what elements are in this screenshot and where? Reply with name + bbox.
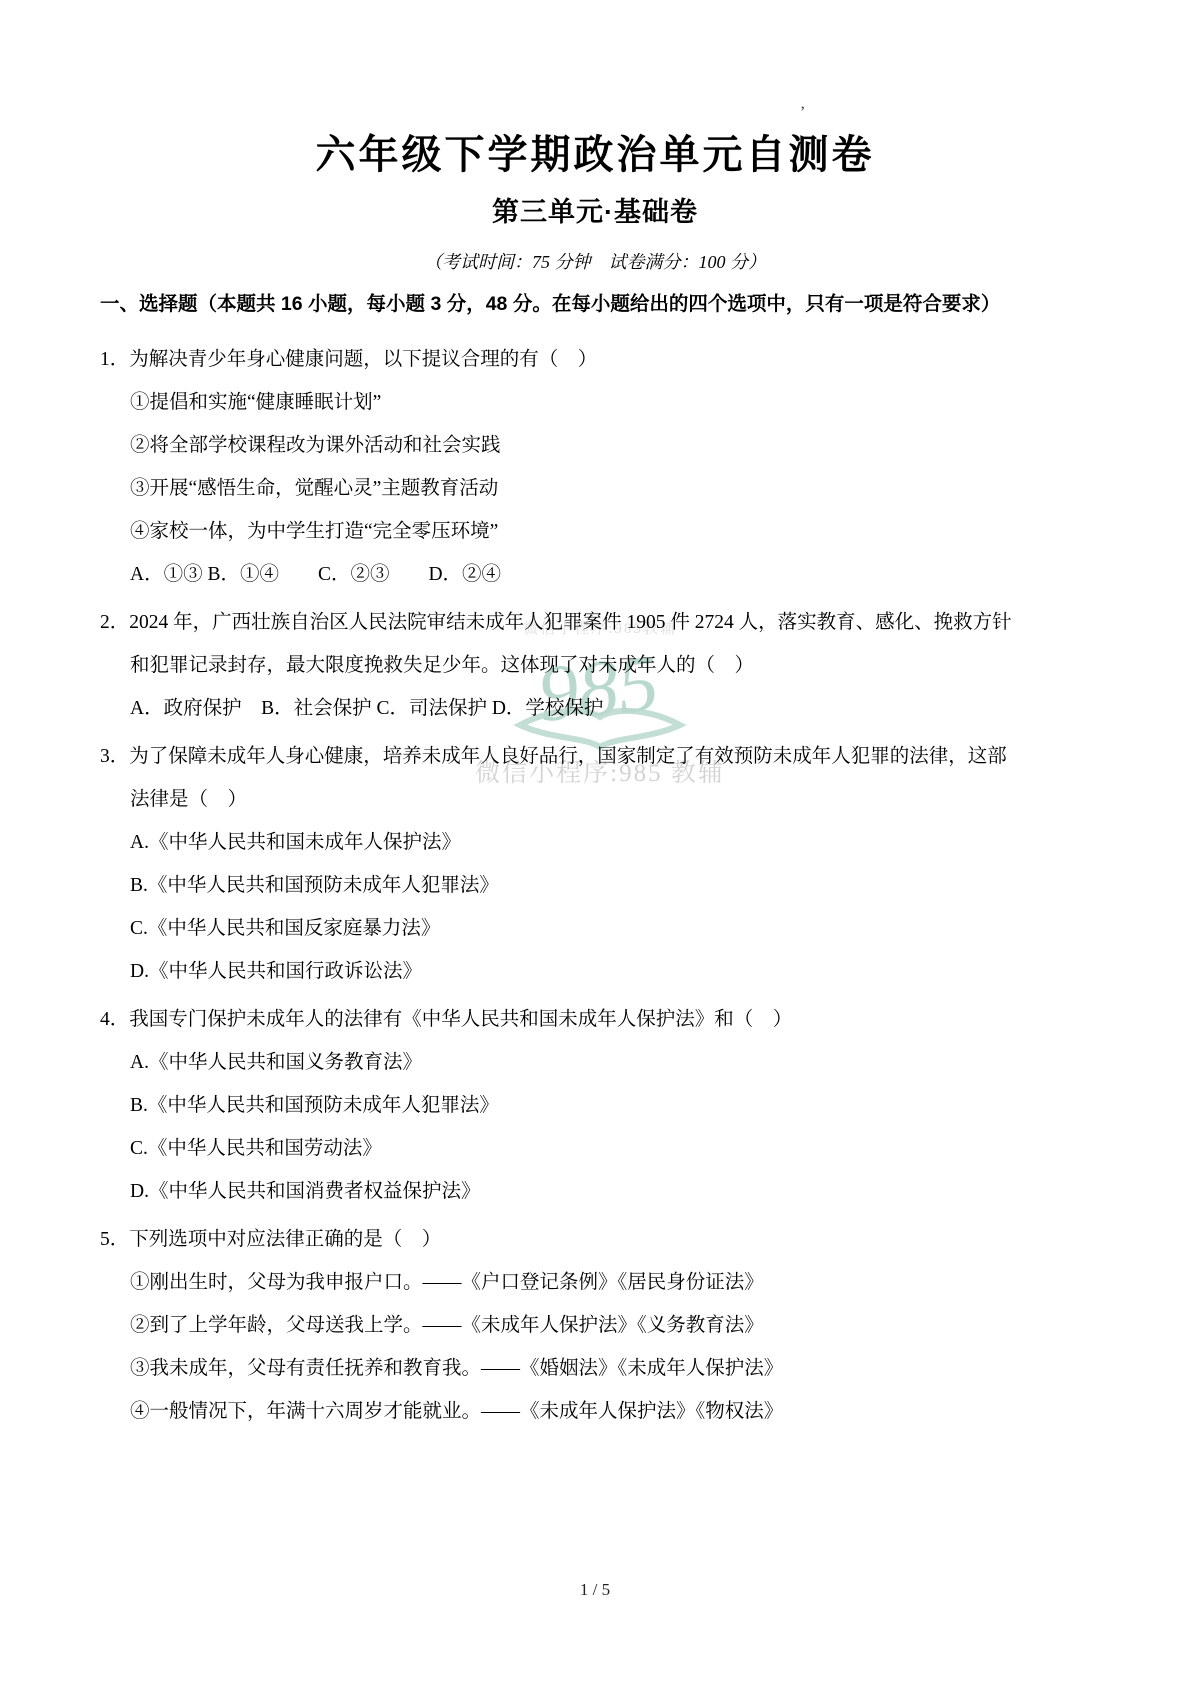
- question-5: 5．下列选项中对应法律正确的是（ ） ①刚出生时，父母为我申报户口。——《户口登…: [100, 1218, 1090, 1433]
- question-text: 为解决青少年身心健康问题，以下提议合理的有（ ）: [129, 349, 597, 370]
- question-number: 1．: [100, 349, 129, 370]
- question-4: 4．我国专门保护未成年人的法律有《中华人民共和国未成年人保护法》和（ ） A.《…: [100, 998, 1090, 1213]
- option-item: B.《中华人民共和国预防未成年人犯罪法》: [100, 864, 1090, 907]
- question-stem: 3．为了保障未成年人身心健康，培养未成年人良好品行，国家制定了有效预防未成年人犯…: [100, 735, 1090, 821]
- page-title: 六年级下学期政治单元自测卷: [100, 0, 1090, 184]
- section-heading: 一、选择题（本题共 16 小题，每小题 3 分，48 分。在每小题给出的四个选项…: [100, 290, 1090, 318]
- sub-item: ③我未成年，父母有责任抚养和教育我。——《婚姻法》《未成年人保护法》: [100, 1347, 1090, 1390]
- option-item: C.《中华人民共和国劳动法》: [100, 1127, 1090, 1170]
- page-number: 1 / 5: [0, 1580, 1190, 1600]
- question-2: 2．2024 年，广西壮族自治区人民法院审结未成年人犯罪案件 1905 件 27…: [100, 601, 1090, 730]
- sub-item: ②将全部学校课程改为课外活动和社会实践: [100, 424, 1090, 467]
- question-3: 3．为了保障未成年人身心健康，培养未成年人良好品行，国家制定了有效预防未成年人犯…: [100, 735, 1090, 993]
- question-number: 4．: [100, 1009, 129, 1030]
- question-number: 3．: [100, 746, 129, 767]
- question-stem: 5．下列选项中对应法律正确的是（ ）: [100, 1218, 1090, 1261]
- question-text: 下列选项中对应法律正确的是（ ）: [129, 1229, 441, 1250]
- question-1: 1．为解决青少年身心健康问题，以下提议合理的有（ ） ①提倡和实施“健康睡眠计划…: [100, 338, 1090, 596]
- option-item: B.《中华人民共和国预防未成年人犯罪法》: [100, 1084, 1090, 1127]
- option-item: A.《中华人民共和国义务教育法》: [100, 1041, 1090, 1084]
- question-list: 1．为解决青少年身心健康问题，以下提议合理的有（ ） ①提倡和实施“健康睡眠计划…: [100, 338, 1090, 1433]
- question-stem: 4．我国专门保护未成年人的法律有《中华人民共和国未成年人保护法》和（ ）: [100, 998, 1090, 1041]
- sub-item: ②到了上学年龄，父母送我上学。——《未成年人保护法》《义务教育法》: [100, 1304, 1090, 1347]
- question-text: 为了保障未成年人身心健康，培养未成年人良好品行，国家制定了有效预防未成年人犯罪的…: [129, 746, 1007, 810]
- exam-page: 微信小程序:985教辅 985 微信小程序:985 教辅 ’ 六年级下学期政治单…: [0, 0, 1190, 1683]
- page-subtitle: 第三单元·基础卷: [100, 192, 1090, 232]
- question-number: 5．: [100, 1229, 129, 1250]
- option-item: C.《中华人民共和国反家庭暴力法》: [100, 907, 1090, 950]
- sub-item: ③开展“感悟生命，觉醒心灵”主题教育活动: [100, 467, 1090, 510]
- page-content: 六年级下学期政治单元自测卷 第三单元·基础卷 （考试时间：75 分钟 试卷满分：…: [0, 0, 1190, 1433]
- sub-item: ④一般情况下，年满十六周岁才能就业。——《未成年人保护法》《物权法》: [100, 1390, 1090, 1433]
- option-item: D.《中华人民共和国消费者权益保护法》: [100, 1170, 1090, 1213]
- options-line: A．政府保护 B．社会保护 C．司法保护 D．学校保护: [100, 687, 1090, 730]
- sub-item: ④家校一体，为中学生打造“完全零压环境”: [100, 510, 1090, 553]
- question-text: 我国专门保护未成年人的法律有《中华人民共和国未成年人保护法》和（ ）: [129, 1009, 792, 1030]
- sub-item: ①提倡和实施“健康睡眠计划”: [100, 381, 1090, 424]
- options-line: A．①③ B．①④ C．②③ D．②④: [100, 553, 1090, 596]
- question-stem: 2．2024 年，广西壮族自治区人民法院审结未成年人犯罪案件 1905 件 27…: [100, 601, 1090, 687]
- sub-item: ①刚出生时，父母为我申报户口。——《户口登记条例》《居民身份证法》: [100, 1261, 1090, 1304]
- question-stem: 1．为解决青少年身心健康问题，以下提议合理的有（ ）: [100, 338, 1090, 381]
- option-item: A.《中华人民共和国未成年人保护法》: [100, 821, 1090, 864]
- option-item: D.《中华人民共和国行政诉讼法》: [100, 950, 1090, 993]
- question-text: 2024 年，广西壮族自治区人民法院审结未成年人犯罪案件 1905 件 2724…: [129, 612, 1011, 676]
- question-number: 2．: [100, 612, 129, 633]
- exam-info: （考试时间：75 分钟 试卷满分：100 分）: [100, 248, 1090, 276]
